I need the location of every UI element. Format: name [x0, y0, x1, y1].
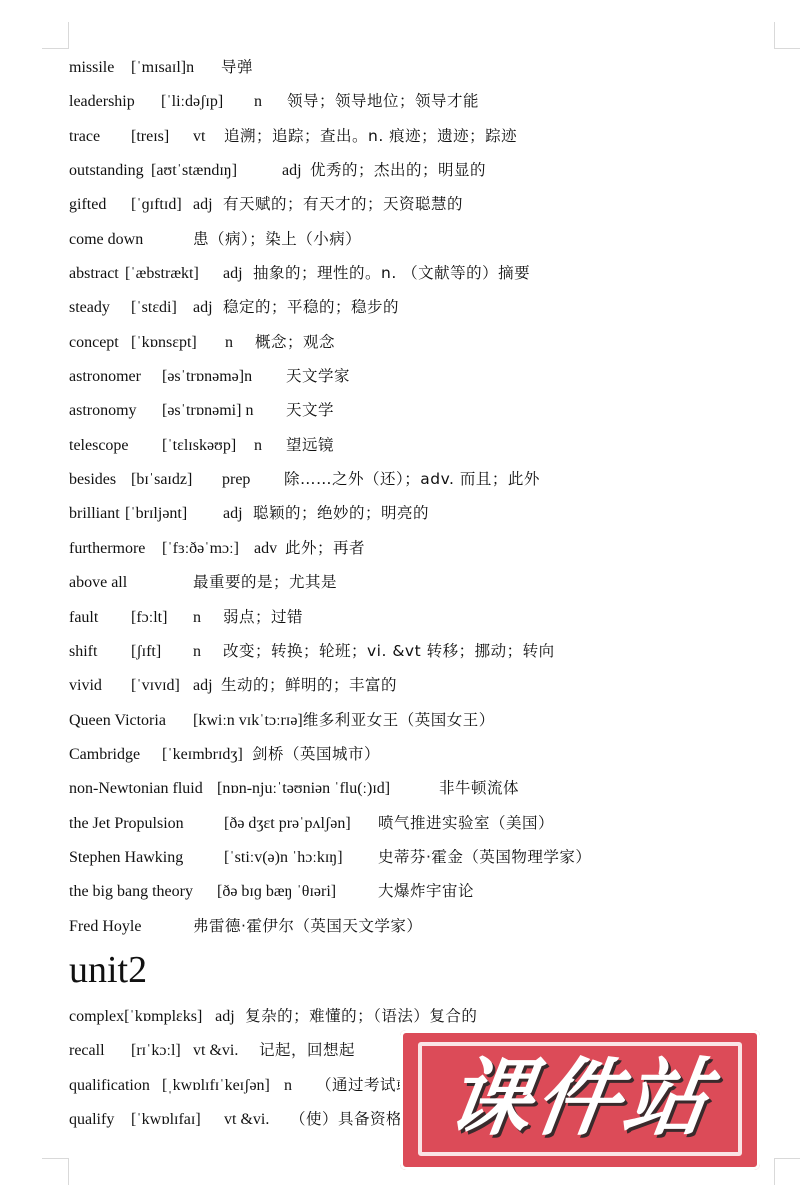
page-corner-mark-bottom-left	[42, 1158, 69, 1185]
vocab-phonetic: [treɪs]	[131, 123, 193, 150]
vocab-meaning: 望远镜	[286, 432, 334, 459]
vocab-phonetic: [ˈkɒmplɛks]	[124, 1003, 215, 1030]
vocab-meaning: 剑桥（英国城市）	[252, 741, 380, 768]
vocab-word: qualification	[69, 1072, 162, 1099]
section-heading-unit2: unit2	[69, 945, 769, 1003]
vocab-pos: vt	[193, 123, 224, 150]
vocab-phonetic: [əsˈtrɒnəmə]n	[162, 363, 286, 390]
vocab-phonetic: [ˈvɪvɪd]	[131, 672, 193, 699]
watermark-stamp: 课件站	[400, 1030, 760, 1170]
vocab-pos: adj	[193, 191, 223, 218]
vocab-phonetic: [ðə bɪɡ bæŋ ˈθɪəri]	[217, 878, 378, 905]
vocab-pos: adj	[223, 260, 253, 287]
vocab-word: come down	[69, 226, 193, 253]
vocab-pos: adj	[223, 500, 253, 527]
vocab-word: Stephen Hawking	[69, 844, 224, 871]
vocab-pos: n	[225, 329, 255, 356]
vocab-word: the Jet Propulsion	[69, 810, 224, 837]
vocab-phonetic: [ˈɡɪftɪd]	[131, 191, 193, 218]
vocab-pos: n	[254, 88, 287, 115]
vocab-word: shift	[69, 638, 131, 665]
vocab-word: complex	[69, 1003, 124, 1030]
watermark-text: 课件站	[423, 1048, 737, 1148]
vocab-meaning: 有天赋的；有天才的；天资聪慧的	[223, 191, 463, 218]
vocab-meaning: 记起，回想起	[259, 1037, 355, 1064]
vocab-meaning: 喷气推进实验室（美国）	[378, 810, 554, 837]
vocab-word: brilliant	[69, 500, 125, 527]
vocab-entry: abstract[ˈæbstrækt]adj抽象的；理性的。n. （文献等的）摘…	[69, 260, 769, 294]
vocab-word: gifted	[69, 191, 131, 218]
vocab-entry: above all最重要的是；尤其是	[69, 569, 769, 603]
vocab-word: fault	[69, 604, 131, 631]
vocab-pos: adj	[193, 672, 221, 699]
vocab-entry: the Jet Propulsion[ðə dʒɛt prəˈpʌlʃən]喷气…	[69, 810, 769, 844]
vocab-entry: leadership[ˈliːdəʃɪp]n领导；领导地位；领导才能	[69, 88, 769, 122]
vocab-entry: steady[ˈstɛdi]adj稳定的；平稳的；稳步的	[69, 294, 769, 328]
vocab-entry: outstanding[aʊtˈstændɪŋ]adj优秀的；杰出的；明显的	[69, 157, 769, 191]
vocab-meaning: 天文学家	[286, 363, 350, 390]
vocab-entry: vivid[ˈvɪvɪd]adj生动的；鲜明的；丰富的	[69, 672, 769, 706]
vocab-meaning: 导弹	[221, 54, 253, 81]
vocab-phonetic: [ˈkeɪmbrɪdʒ]	[162, 741, 252, 768]
vocab-word: vivid	[69, 672, 131, 699]
vocab-word: concept	[69, 329, 131, 356]
vocab-word: trace	[69, 123, 131, 150]
vocab-entry: trace[treɪs]vt追溯；追踪；查出。n. 痕迹；遗迹；踪迹	[69, 123, 769, 157]
vocab-meaning: 最重要的是；尤其是	[193, 569, 337, 596]
vocab-pos: n	[254, 432, 286, 459]
vocab-word: non-Newtonian fluid	[69, 775, 217, 802]
vocab-entry: concept[ˈkɒnsɛpt]n概念；观念	[69, 329, 769, 363]
vocab-meaning: 优秀的；杰出的；明显的	[310, 157, 486, 184]
vocab-entry: shift[ʃɪft]n改变；转换；轮班；vi. &vt 转移；挪动；转向	[69, 638, 769, 672]
vocab-word: recall	[69, 1037, 131, 1064]
vocab-phonetic: [ˈfɜːðəˈmɔː]	[162, 535, 254, 562]
vocab-phonetic: [ˈkɒnsɛpt]	[131, 329, 225, 356]
vocab-meaning: 聪颖的；绝妙的；明亮的	[253, 500, 429, 527]
vocab-pos: prep	[222, 466, 284, 493]
vocab-word: outstanding	[69, 157, 151, 184]
vocab-phonetic: [fɔːlt]	[131, 604, 193, 631]
vocab-meaning: 追溯；追踪；查出。n. 痕迹；遗迹；踪迹	[224, 123, 517, 150]
vocab-meaning: 患（病）；染上（小病）	[193, 226, 361, 253]
vocab-word: abstract	[69, 260, 125, 287]
vocab-entry: brilliant[ˈbrɪljənt]adj聪颖的；绝妙的；明亮的	[69, 500, 769, 534]
vocab-phonetic: [ˌkwɒlɪfɪˈkeɪʃən]	[162, 1072, 284, 1099]
vocab-meaning: 非牛顿流体	[439, 775, 519, 802]
vocab-meaning: 改变；转换；轮班；vi. &vt 转移；挪动；转向	[223, 638, 555, 665]
vocab-entry: furthermore[ˈfɜːðəˈmɔː]adv此外；再者	[69, 535, 769, 569]
vocab-pos: adv	[254, 535, 285, 562]
vocab-word: Fred Hoyle	[69, 913, 193, 940]
vocab-phonetic: [ðə dʒɛt prəˈpʌlʃən]	[224, 810, 378, 837]
vocab-entry: Cambridge[ˈkeɪmbrɪdʒ]剑桥（英国城市）	[69, 741, 769, 775]
vocab-phonetic: [ˈkwɒlɪfaɪ]	[131, 1106, 224, 1133]
vocab-entry: the big bang theory[ðə bɪɡ bæŋ ˈθɪəri]大爆…	[69, 878, 769, 912]
vocab-entry: Fred Hoyle弗雷德·霍伊尔（英国天文学家）	[69, 913, 769, 947]
vocab-entry: astronomer[əsˈtrɒnəmə]n天文学家	[69, 363, 769, 397]
vocab-meaning: 天文学	[286, 397, 334, 424]
vocab-entry: gifted[ˈɡɪftɪd]adj有天赋的；有天才的；天资聪慧的	[69, 191, 769, 225]
vocab-entry: besides[bɪˈsaɪdz]prep除……之外（还）；adv. 而且；此外	[69, 466, 769, 500]
vocab-entry: Stephen Hawking[ˈstiːv(ə)n ˈhɔːkɪŋ]史蒂芬·霍…	[69, 844, 769, 878]
vocab-phonetic: [ˈstiːv(ə)n ˈhɔːkɪŋ]	[224, 844, 378, 871]
vocab-pos: adj	[193, 294, 223, 321]
vocab-word: qualify	[69, 1106, 131, 1133]
vocab-meaning: 复杂的；难懂的；（语法）复合的	[245, 1003, 477, 1030]
vocab-phonetic: [rɪˈkɔːl]	[131, 1037, 193, 1064]
vocab-pos: n	[284, 1072, 316, 1099]
vocab-phonetic: [bɪˈsaɪdz]	[131, 466, 222, 493]
vocab-word: steady	[69, 294, 131, 321]
vocab-word: Queen Victoria	[69, 707, 193, 734]
vocab-phonetic: [əsˈtrɒnəmi] n	[162, 397, 286, 424]
vocab-entry: telescope[ˈtɛlɪskəʊp]n望远镜	[69, 432, 769, 466]
vocab-phonetic: [ˈmɪsaɪl]n	[131, 54, 221, 81]
vocab-phonetic: [kwiːn vɪkˈtɔːrɪə]	[193, 707, 303, 734]
page-corner-mark-top-right	[774, 22, 800, 49]
vocab-word: above all	[69, 569, 193, 596]
vocab-word: telescope	[69, 432, 162, 459]
vocab-meaning: 维多利亚女王（英国女王）	[303, 707, 495, 734]
vocab-phonetic: [ˈstɛdi]	[131, 294, 193, 321]
vocab-pos: adj	[215, 1003, 245, 1030]
vocab-word: Cambridge	[69, 741, 162, 768]
vocab-meaning: 概念；观念	[255, 329, 335, 356]
vocab-phonetic: [nɒn-njuːˈtəʊniən ˈflu(ː)ɪd]	[217, 775, 439, 802]
page-corner-mark-bottom-right	[774, 1158, 800, 1185]
vocab-phonetic: [ˈliːdəʃɪp]	[161, 88, 254, 115]
page-corner-mark-top-left	[42, 22, 69, 49]
vocab-meaning: 生动的；鲜明的；丰富的	[221, 672, 397, 699]
vocab-meaning: 大爆炸宇宙论	[378, 878, 474, 905]
vocab-meaning: 弱点；过错	[223, 604, 303, 631]
vocab-entry: fault[fɔːlt]n弱点；过错	[69, 604, 769, 638]
vocab-phonetic: [ˈbrɪljənt]	[125, 500, 223, 527]
vocab-meaning: 领导；领导地位；领导才能	[287, 88, 479, 115]
vocab-word: astronomer	[69, 363, 162, 390]
vocab-entry: non-Newtonian fluid[nɒn-njuːˈtəʊniən ˈfl…	[69, 775, 769, 809]
document-page: missile[ˈmɪsaɪl]n导弹 leadership[ˈliːdəʃɪp…	[69, 54, 769, 1140]
vocab-meaning: 除……之外（还）；adv. 而且；此外	[284, 466, 540, 493]
vocab-pos: n	[193, 638, 223, 665]
vocab-phonetic: [ʃɪft]	[131, 638, 193, 665]
vocab-word: the big bang theory	[69, 878, 217, 905]
vocab-word: besides	[69, 466, 131, 493]
vocab-meaning: 此外；再者	[285, 535, 365, 562]
vocab-word: furthermore	[69, 535, 162, 562]
vocab-pos: vt &vi.	[193, 1037, 259, 1064]
vocab-meaning: 史蒂芬·霍金（英国物理学家）	[378, 844, 591, 871]
vocab-meaning: 弗雷德·霍伊尔（英国天文学家）	[193, 913, 422, 940]
vocab-word: astronomy	[69, 397, 162, 424]
vocab-word: leadership	[69, 88, 161, 115]
vocab-entry: Queen Victoria[kwiːn vɪkˈtɔːrɪə]维多利亚女王（英…	[69, 707, 769, 741]
vocab-meaning: 稳定的；平稳的；稳步的	[223, 294, 399, 321]
vocab-meaning: 抽象的；理性的。n. （文献等的）摘要	[253, 260, 530, 287]
vocab-pos: n	[193, 604, 223, 631]
vocab-word: missile	[69, 54, 131, 81]
vocab-pos: adj	[282, 157, 310, 184]
vocab-entry: come down患（病）；染上（小病）	[69, 226, 769, 260]
vocab-phonetic: [ˈtɛlɪskəʊp]	[162, 432, 254, 459]
vocab-phonetic: [aʊtˈstændɪŋ]	[151, 157, 282, 184]
vocab-pos: vt &vi.	[224, 1106, 290, 1133]
vocab-phonetic: [ˈæbstrækt]	[125, 260, 223, 287]
vocab-entry: astronomy[əsˈtrɒnəmi] n天文学	[69, 397, 769, 431]
vocab-entry: missile[ˈmɪsaɪl]n导弹	[69, 54, 769, 88]
